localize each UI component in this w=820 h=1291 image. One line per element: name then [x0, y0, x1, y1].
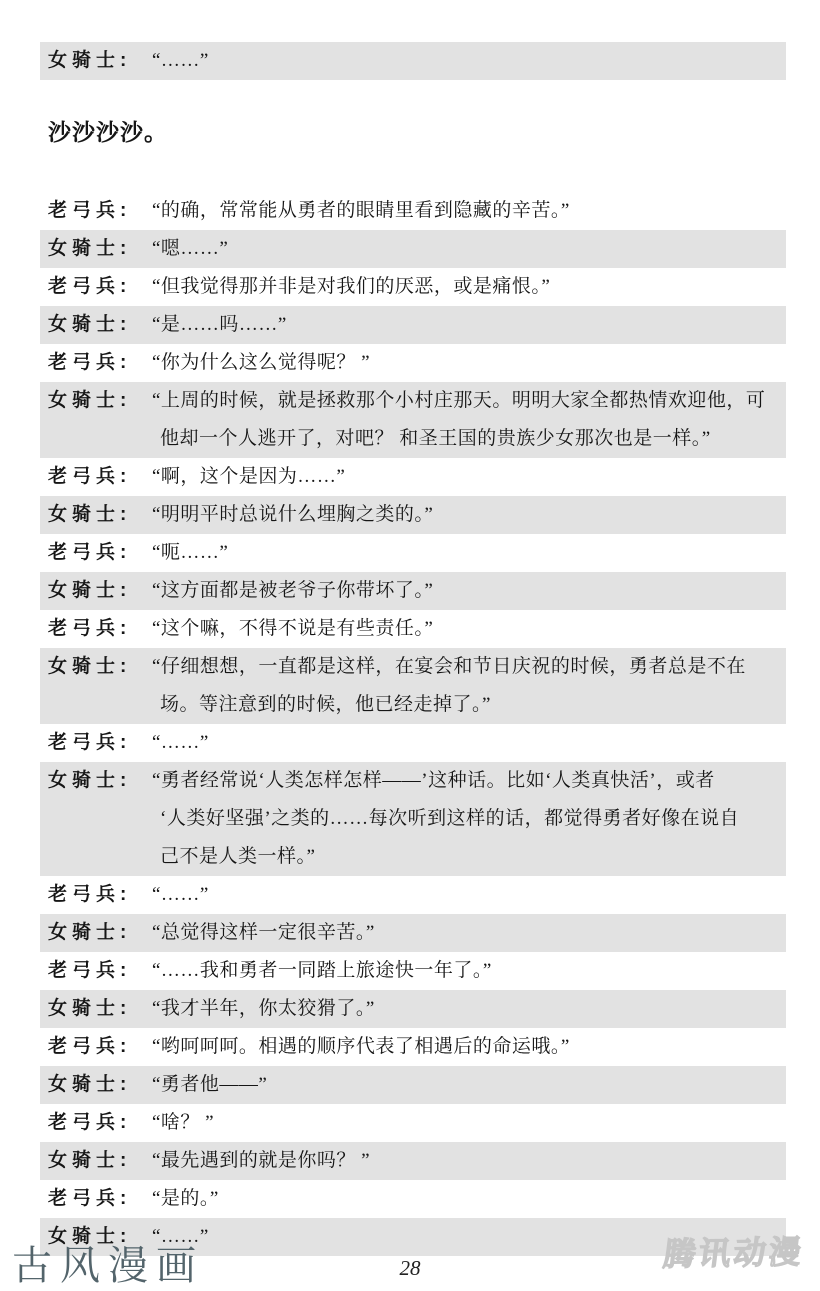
dialogue-text: “啥？ ”	[152, 1104, 774, 1142]
speaker-label: 女骑士:	[48, 230, 152, 268]
dialogue-row: 女骑士: “仔细想想，一直都是这样，在宴会和节日庆祝的时候，勇者总是不在 场。等…	[40, 648, 786, 724]
dialogue-row: 女骑士: “……”	[40, 42, 786, 80]
speaker-label: 女骑士:	[48, 990, 152, 1028]
dialogue-text: “……”	[152, 724, 774, 762]
dialogue-text: “上周的时候，就是拯救那个小村庄那天。明明大家全都热情欢迎他，可 他却一个人逃开…	[152, 382, 774, 458]
dialogue-row: 女骑士: “嗯……”	[40, 230, 786, 268]
speaker-label: 女骑士:	[48, 306, 152, 344]
speaker-label: 老弓兵:	[48, 1180, 152, 1218]
speaker-label: 老弓兵:	[48, 458, 152, 496]
speaker-label: 女骑士:	[48, 496, 152, 534]
dialogue-row: 女骑士: “上周的时候，就是拯救那个小村庄那天。明明大家全都热情欢迎他，可 他却…	[40, 382, 786, 458]
dialogue-text: “哟呵呵呵。相遇的顺序代表了相遇后的命运哦。”	[152, 1028, 774, 1066]
speaker-label: 老弓兵:	[48, 1028, 152, 1066]
dialogue-row: 女骑士: “是……吗……”	[40, 306, 786, 344]
dialogue-text: “是……吗……”	[152, 306, 774, 344]
dialogue-text: “是的。”	[152, 1180, 774, 1218]
dialogue-text: “这个嘛，不得不说是有些责任。”	[152, 610, 774, 648]
dialogue-row: 女骑士: “这方面都是被老爷子你带坏了。”	[40, 572, 786, 610]
speaker-label: 老弓兵:	[48, 610, 152, 648]
dialogue-row: 女骑士: “明明平时总说什么埋胸之类的。”	[40, 496, 786, 534]
speaker-label: 女骑士:	[48, 382, 152, 420]
speaker-label: 老弓兵:	[48, 534, 152, 572]
dialogue-text: “勇者他——”	[152, 1066, 774, 1104]
dialogue-row: 老弓兵: “的确，常常能从勇者的眼睛里看到隐藏的辛苦。”	[40, 192, 786, 230]
dialogue-text: “……”	[152, 876, 774, 914]
speaker-label: 女骑士:	[48, 914, 152, 952]
speaker-label: 老弓兵:	[48, 952, 152, 990]
dialogue-row: 老弓兵: “是的。”	[40, 1180, 786, 1218]
speaker-label: 女骑士:	[48, 648, 152, 686]
dialogue-text: “啊，这个是因为……”	[152, 458, 774, 496]
dialogue-text: “总觉得这样一定很辛苦。”	[152, 914, 774, 952]
speaker-label: 女骑士:	[48, 1066, 152, 1104]
dialogue-text: “我才半年，你太狡猾了。”	[152, 990, 774, 1028]
speaker-label: 老弓兵:	[48, 876, 152, 914]
sfx-heading: 沙沙沙沙。	[48, 117, 786, 147]
dialogue-row: 女骑士: “我才半年，你太狡猾了。”	[40, 990, 786, 1028]
dialogue-text: “明明平时总说什么埋胸之类的。”	[152, 496, 774, 534]
speaker-label: 老弓兵:	[48, 344, 152, 382]
dialogue-row: 老弓兵: “……”	[40, 876, 786, 914]
dialogue-row: 老弓兵: “啊，这个是因为……”	[40, 458, 786, 496]
dialogue-row: 女骑士: “最先遇到的就是你吗？ ”	[40, 1142, 786, 1180]
speaker-label: 老弓兵:	[48, 1104, 152, 1142]
dialogue-row: 老弓兵: “你为什么这么觉得呢？ ”	[40, 344, 786, 382]
speaker-label: 女骑士:	[48, 42, 152, 80]
dialogue-row: 老弓兵: “……”	[40, 724, 786, 762]
speaker-label: 女骑士:	[48, 1142, 152, 1180]
dialogue-text: “……我和勇者一同踏上旅途快一年了。”	[152, 952, 774, 990]
dialogue-text: “但我觉得那并非是对我们的厌恶，或是痛恨。”	[152, 268, 774, 306]
speaker-label: 老弓兵:	[48, 724, 152, 762]
dialogue-row: 老弓兵: “……我和勇者一同踏上旅途快一年了。”	[40, 952, 786, 990]
speaker-label: 女骑士:	[48, 572, 152, 610]
dialogue-text: “勇者经常说‘人类怎样怎样——’这种话。比如‘人类真快活’，或者 ‘人类好坚强’…	[152, 762, 774, 876]
speaker-label: 女骑士:	[48, 762, 152, 800]
dialogue-row: 老弓兵: “啥？ ”	[40, 1104, 786, 1142]
dialogue-text: “最先遇到的就是你吗？ ”	[152, 1142, 774, 1180]
dialogue-text: “仔细想想，一直都是这样，在宴会和节日庆祝的时候，勇者总是不在 场。等注意到的时…	[152, 648, 774, 724]
dialogue-text: “你为什么这么觉得呢？ ”	[152, 344, 774, 382]
dialogue-text: “这方面都是被老爷子你带坏了。”	[152, 572, 774, 610]
dialogue-text: “……”	[152, 42, 774, 80]
dialogue-text: “呃……”	[152, 534, 774, 572]
speaker-label: 老弓兵:	[48, 268, 152, 306]
tencent-comics-watermark: 腾讯动漫	[661, 1227, 807, 1275]
dialogue-row: 女骑士: “总觉得这样一定很辛苦。”	[40, 914, 786, 952]
dialogue-text: “的确，常常能从勇者的眼睛里看到隐藏的辛苦。”	[152, 192, 774, 230]
dialogue-text: “嗯……”	[152, 230, 774, 268]
dialogue-row: 老弓兵: “但我觉得那并非是对我们的厌恶，或是痛恨。”	[40, 268, 786, 306]
dialogue-row: 老弓兵: “呃……”	[40, 534, 786, 572]
dialogue-row: 女骑士: “勇者他——”	[40, 1066, 786, 1104]
speaker-label: 老弓兵:	[48, 192, 152, 230]
dialogue-list: 女骑士: “……” 沙沙沙沙。 老弓兵: “的确，常常能从勇者的眼睛里看到隐藏的…	[40, 42, 786, 1256]
dialogue-row: 老弓兵: “这个嘛，不得不说是有些责任。”	[40, 610, 786, 648]
dialogue-row: 女骑士: “勇者经常说‘人类怎样怎样——’这种话。比如‘人类真快活’，或者 ‘人…	[40, 762, 786, 876]
dialogue-row: 老弓兵: “哟呵呵呵。相遇的顺序代表了相遇后的命运哦。”	[40, 1028, 786, 1066]
